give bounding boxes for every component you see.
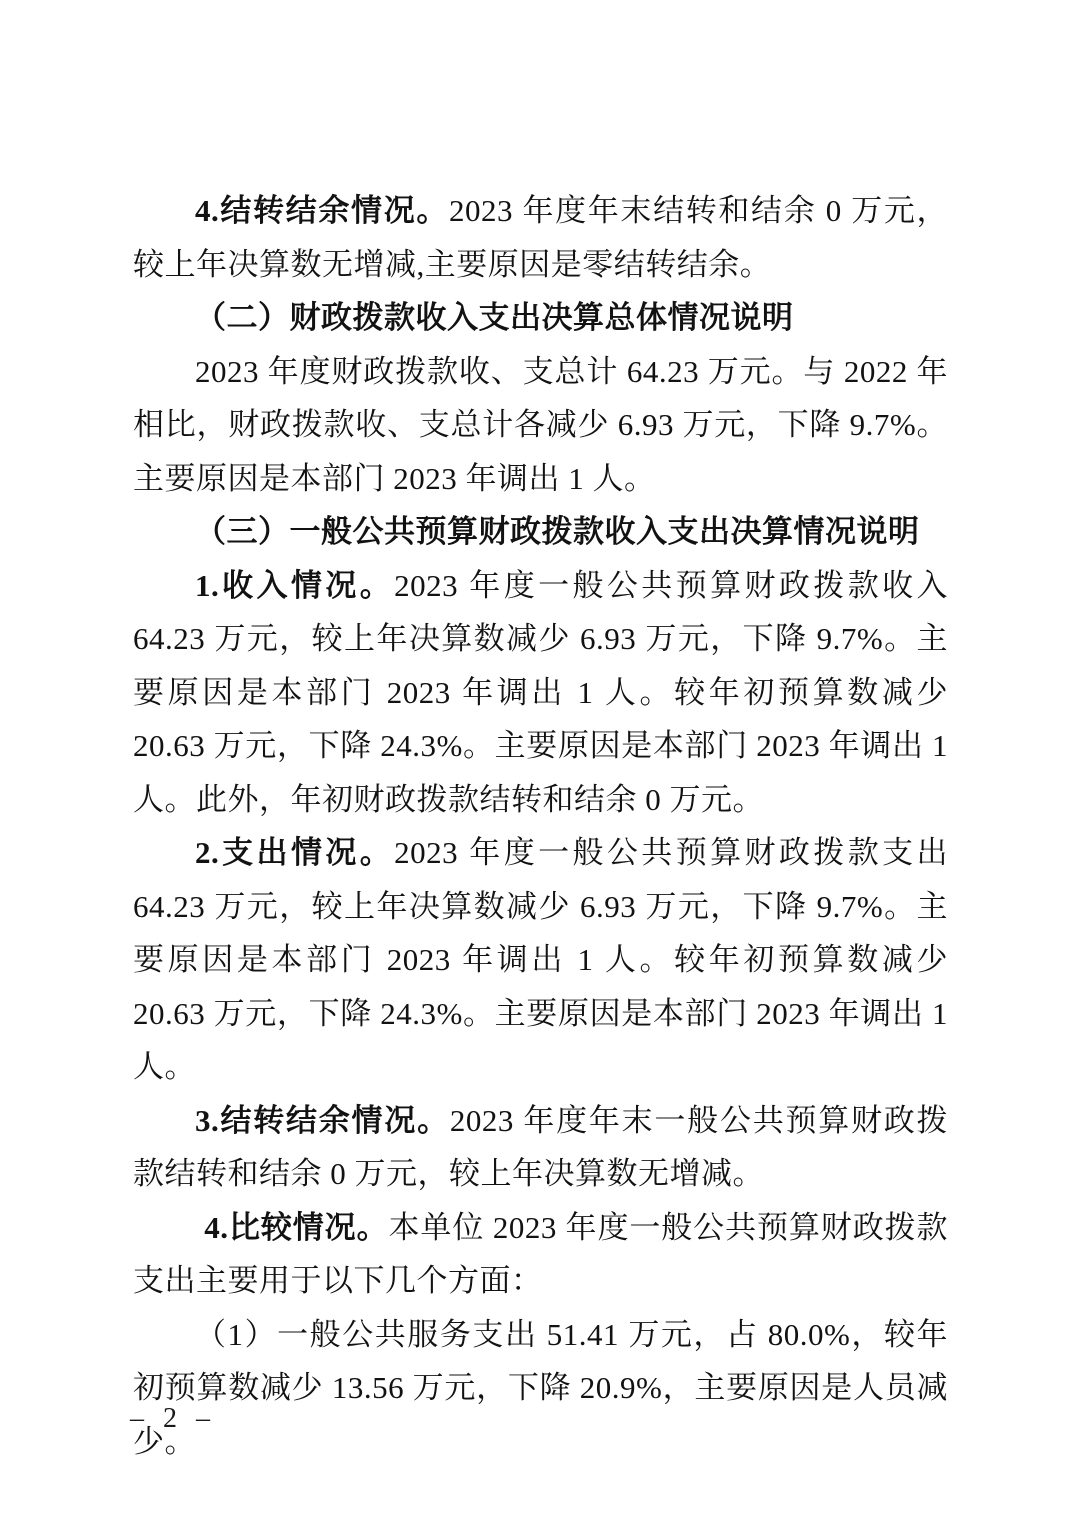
- paragraph: 3.结转结余情况。2023 年度年末一般公共预算财政拨款结转和结余 0 万元，较…: [133, 1094, 948, 1201]
- paragraph: 1.收入情况。2023 年度一般公共预算财政拨款收入 64.23 万元，较上年决…: [133, 559, 948, 827]
- document-page: 4.结转结余情况。2023 年度年末结转和结余 0 万元，较上年决算数无增减,主…: [0, 0, 1075, 1520]
- section-heading: （二）财政拨款收入支出决算总体情况说明: [133, 291, 948, 345]
- paragraph-lead: 4.比较情况。: [204, 1210, 388, 1245]
- paragraph: 2023 年度财政拨款收、支总计 64.23 万元。与 2022 年相比，财政拨…: [133, 345, 948, 506]
- section-heading: （三）一般公共预算财政拨款收入支出决算情况说明: [133, 505, 948, 559]
- paragraph-lead: 1.收入情况。: [195, 568, 394, 603]
- paragraph: 4.结转结余情况。2023 年度年末结转和结余 0 万元，较上年决算数无增减,主…: [133, 184, 948, 291]
- paragraph-lead: 2.支出情况。: [195, 835, 394, 870]
- paragraph-lead: 3.结转结余情况。: [195, 1103, 450, 1138]
- paragraph: 2.支出情况。2023 年度一般公共预算财政拨款支出 64.23 万元，较上年决…: [133, 826, 948, 1094]
- page-number: – 2 –: [130, 1402, 216, 1436]
- document-body: 4.结转结余情况。2023 年度年末结转和结余 0 万元，较上年决算数无增减,主…: [133, 184, 948, 1468]
- paragraph: 4.比较情况。本单位 2023 年度一般公共预算财政拨款支出主要用于以下几个方面…: [133, 1201, 948, 1308]
- paragraph-lead: 4.结转结余情况。: [195, 193, 449, 228]
- paragraph: （1）一般公共服务支出 51.41 万元，占 80.0%，较年初预算数减少 13…: [133, 1308, 948, 1469]
